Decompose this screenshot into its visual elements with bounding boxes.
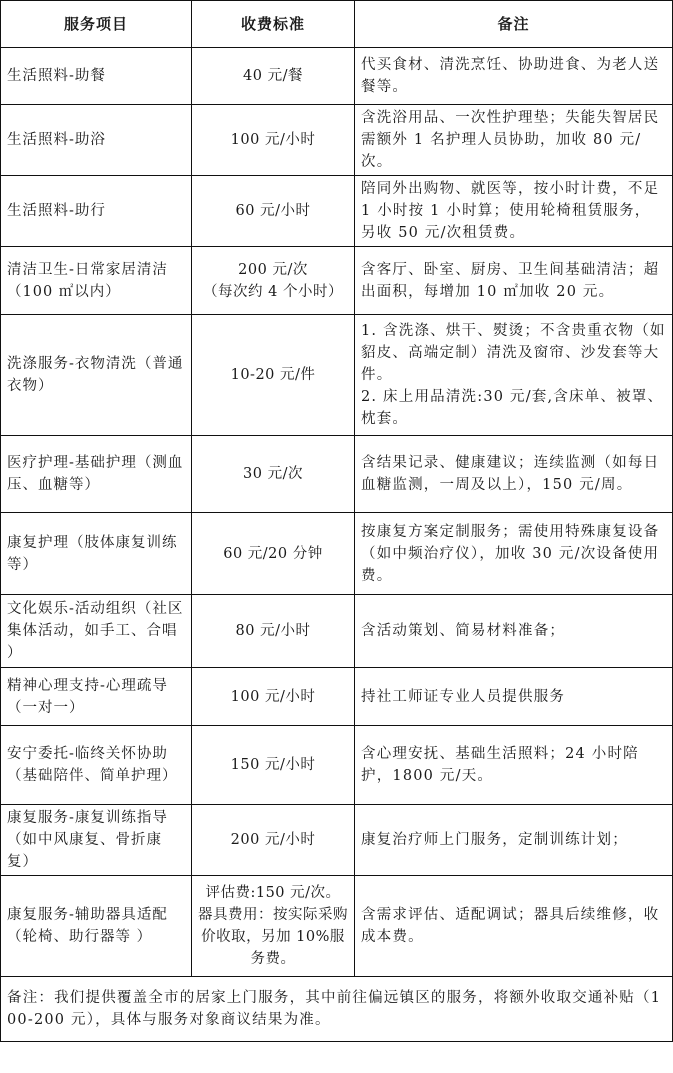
- table-row: 生活照料-助行60 元/小时陪同外出购物、就医等，按小时计费，不足 1 小时按 …: [1, 176, 673, 247]
- service-item-cell: 康复服务-辅助器具适配（轮椅、助行器等 ）: [1, 876, 192, 977]
- remark-cell: 含洗浴用品、一次性护理垫；失能失智居民需额外 1 名护理人员协助，加收 80 元…: [355, 105, 673, 176]
- table-row: 安宁委托-临终关怀协助（基础陪伴、简单护理）150 元/小时含心理安抚、基础生活…: [1, 726, 673, 805]
- remark-cell: 含客厅、卧室、厨房、卫生间基础清洁；超出面积，每增加 10 ㎡加收 20 元。: [355, 247, 673, 315]
- fee-cell: 40 元/餐: [192, 48, 355, 105]
- service-item-cell: 洗涤服务-衣物清洗（普通衣物）: [1, 315, 192, 436]
- table-row: 洗涤服务-衣物清洗（普通衣物）10-20 元/件1. 含洗涤、烘干、熨烫；不含贵…: [1, 315, 673, 436]
- table-row: 康复护理（肢体康复训练等）60 元/20 分钟按康复方案定制服务；需使用特殊康复…: [1, 513, 673, 595]
- fee-cell: 60 元/小时: [192, 176, 355, 247]
- service-item-cell: 精神心理支持-心理疏导（一对一）: [1, 668, 192, 726]
- fee-cell: 60 元/20 分钟: [192, 513, 355, 595]
- footnote: 备注：我们提供覆盖全市的居家上门服务，其中前往偏远镇区的服务，将额外收取交通补贴…: [1, 977, 673, 1042]
- table-row: 文化娱乐-活动组织（社区集体活动，如手工、合唱 ）80 元/小时含活动策划、简易…: [1, 595, 673, 668]
- remark-cell: 康复治疗师上门服务，定制训练计划；: [355, 805, 673, 876]
- fee-cell: 200 元/次 （每次约 4 个小时）: [192, 247, 355, 315]
- service-item-cell: 安宁委托-临终关怀协助（基础陪伴、简单护理）: [1, 726, 192, 805]
- fee-cell: 10-20 元/件: [192, 315, 355, 436]
- service-item-cell: 生活照料-助餐: [1, 48, 192, 105]
- remark-cell: 按康复方案定制服务；需使用特殊康复设备（如中频治疗仪），加收 30 元/次设备使…: [355, 513, 673, 595]
- remark-cell: 持社工师证专业人员提供服务: [355, 668, 673, 726]
- table-row: 精神心理支持-心理疏导（一对一）100 元/小时持社工师证专业人员提供服务: [1, 668, 673, 726]
- fee-cell: 100 元/小时: [192, 105, 355, 176]
- fee-cell: 100 元/小时: [192, 668, 355, 726]
- service-fee-table: 服务项目 收费标准 备注 生活照料-助餐40 元/餐代买食材、清洗烹饪、协助进食…: [0, 0, 673, 1042]
- remark-cell: 含结果记录、健康建议；连续监测（如每日血糖监测，一周及以上），150 元/周。: [355, 436, 673, 513]
- table-header-row: 服务项目 收费标准 备注: [1, 1, 673, 48]
- fee-cell: 150 元/小时: [192, 726, 355, 805]
- remark-cell: 代买食材、清洗烹饪、协助进食、为老人送餐等。: [355, 48, 673, 105]
- table-note-row: 备注：我们提供覆盖全市的居家上门服务，其中前往偏远镇区的服务，将额外收取交通补贴…: [1, 977, 673, 1042]
- service-item-cell: 文化娱乐-活动组织（社区集体活动，如手工、合唱 ）: [1, 595, 192, 668]
- header-service-item: 服务项目: [1, 1, 192, 48]
- remark-cell: 1. 含洗涤、烘干、熨烫；不含贵重衣物（如貂皮、高端定制）清洗及窗帘、沙发套等大…: [355, 315, 673, 436]
- remark-cell: 含心理安抚、基础生活照料；24 小时陪护，1800 元/天。: [355, 726, 673, 805]
- fee-cell: 80 元/小时: [192, 595, 355, 668]
- table-row: 康复服务-康复训练指导（如中风康复、骨折康复）200 元/小时康复治疗师上门服务…: [1, 805, 673, 876]
- table-row: 生活照料-助浴100 元/小时含洗浴用品、一次性护理垫；失能失智居民需额外 1 …: [1, 105, 673, 176]
- service-item-cell: 康复服务-康复训练指导（如中风康复、骨折康复）: [1, 805, 192, 876]
- fee-cell: 30 元/次: [192, 436, 355, 513]
- fee-cell: 评估费:150 元/次。器具费用：按实际采购价收取，另加 10%服务费。: [192, 876, 355, 977]
- service-item-cell: 清洁卫生-日常家居清洁（100 ㎡以内）: [1, 247, 192, 315]
- table-row: 清洁卫生-日常家居清洁（100 ㎡以内）200 元/次 （每次约 4 个小时）含…: [1, 247, 673, 315]
- remark-cell: 陪同外出购物、就医等，按小时计费，不足 1 小时按 1 小时算；使用轮椅租赁服务…: [355, 176, 673, 247]
- service-item-cell: 康复护理（肢体康复训练等）: [1, 513, 192, 595]
- fee-cell: 200 元/小时: [192, 805, 355, 876]
- table-row: 生活照料-助餐40 元/餐代买食材、清洗烹饪、协助进食、为老人送餐等。: [1, 48, 673, 105]
- table-row: 康复服务-辅助器具适配（轮椅、助行器等 ）评估费:150 元/次。器具费用：按实…: [1, 876, 673, 977]
- service-item-cell: 生活照料-助行: [1, 176, 192, 247]
- table-row: 医疗护理-基础护理（测血压、血糖等）30 元/次含结果记录、健康建议；连续监测（…: [1, 436, 673, 513]
- remark-cell: 含需求评估、适配调试；器具后续维修，收成本费。: [355, 876, 673, 977]
- service-item-cell: 医疗护理-基础护理（测血压、血糖等）: [1, 436, 192, 513]
- header-remarks: 备注: [355, 1, 673, 48]
- service-item-cell: 生活照料-助浴: [1, 105, 192, 176]
- remark-cell: 含活动策划、简易材料准备；: [355, 595, 673, 668]
- header-fee-standard: 收费标准: [192, 1, 355, 48]
